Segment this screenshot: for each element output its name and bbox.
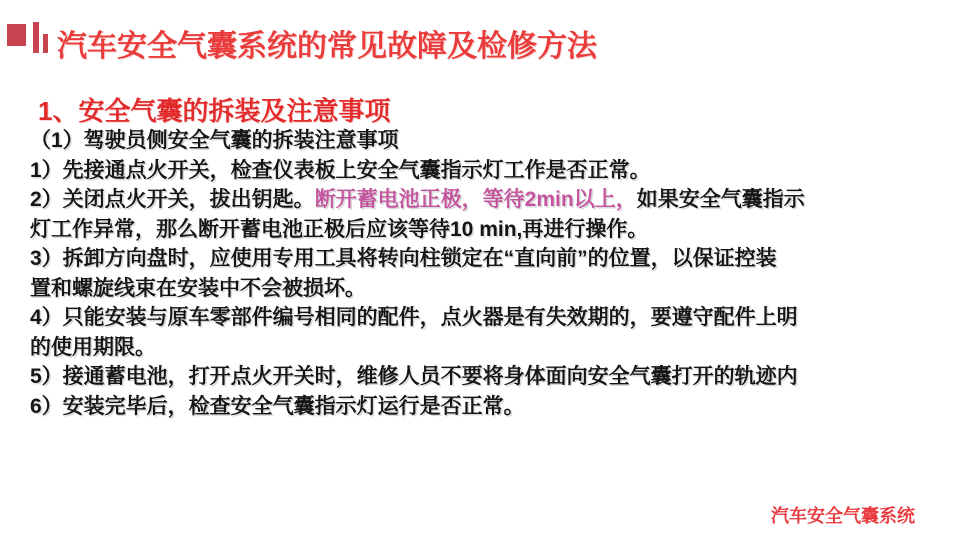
body-line-1: 1）先接通点火开关，检查仪表板上安全气囊指示灯工作是否正常。 [30,156,942,186]
body-line-8: 5）接通蓄电池，打开点火开关时，维修人员不要将身体面向安全气囊打开的轨迹内 [30,362,942,392]
subheading: （1）驾驶员侧安全气囊的拆装注意事项 [30,126,942,156]
body-line-2: 2）关闭点火开关，拔出钥匙。断开蓄电池正极，等待2min以上，如果安全气囊指示 [30,185,942,215]
title-accent-bar-short [43,34,48,53]
body-line-3: 灯工作异常，那么断开蓄电池正极后应该等待10 min,再进行操作。 [30,215,942,245]
body-line-7: 的使用期限。 [30,333,942,363]
body-line-2-suffix: 如果安全气囊指示 [637,188,805,211]
body-line-4: 3）拆卸方向盘时，应使用专用工具将转向柱锁定在“直向前”的位置，以保证控装 [30,244,942,274]
body-line-6: 4）只能安装与原车零部件编号相同的配件，点火器是有失效期的，要遵守配件上明 [30,303,942,333]
body-line-9: 6）安装完毕后，检查安全气囊指示灯运行是否正常。 [30,392,942,422]
title-accent-square [7,24,26,46]
body-line-5: 置和螺旋线束在安装中不会被损坏。 [30,274,942,304]
title-accent-bar-tall [33,22,39,53]
highlighted-warning-text: 断开蓄电池正极，等待2min以上， [315,188,637,211]
footer-label: 汽车安全气囊系统 [771,502,915,528]
presentation-slide: 汽车安全气囊系统的常见故障及检修方法 1、安全气囊的拆装及注意事项 （1）驾驶员… [0,0,956,538]
body-line-2-prefix: 2）关闭点火开关，拔出钥匙。 [30,188,315,211]
slide-title: 汽车安全气囊系统的常见故障及检修方法 [57,21,597,65]
section-heading: 1、安全气囊的拆装及注意事项 [38,91,390,128]
body-text-block: （1）驾驶员侧安全气囊的拆装注意事项 1）先接通点火开关，检查仪表板上安全气囊指… [30,126,942,421]
